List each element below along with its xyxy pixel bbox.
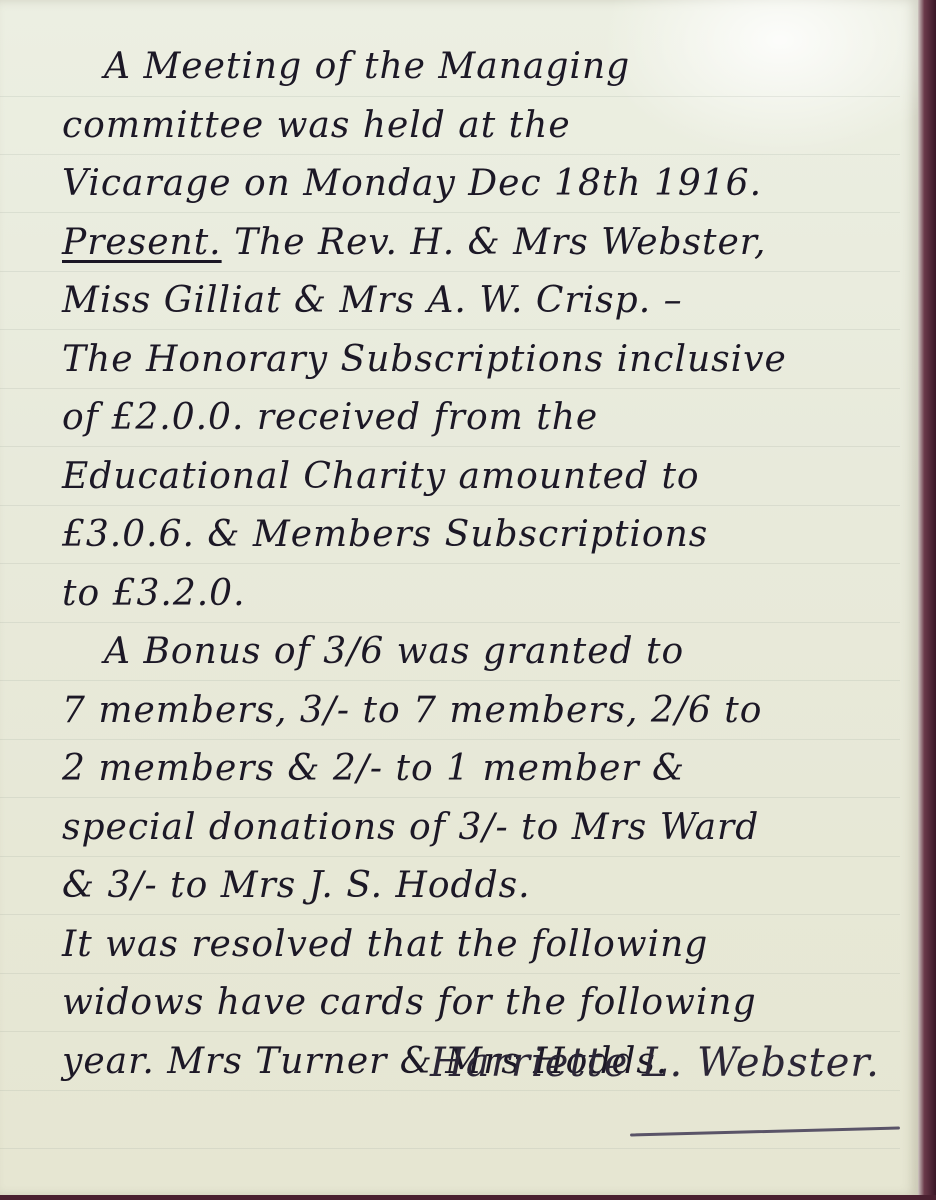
- minutes-line: special donations of 3/- to Mrs Ward: [62, 799, 902, 858]
- notebook-page: A Meeting of the Managing committee was …: [0, 0, 918, 1196]
- minutes-line: to £3.2.0.: [62, 565, 902, 624]
- minutes-line: Miss Gilliat & Mrs A. W. Crisp. –: [62, 272, 902, 331]
- minutes-line: The Honorary Subscriptions inclusive: [62, 331, 902, 390]
- minutes-line: & 3/- to Mrs J. S. Hodds.: [62, 857, 902, 916]
- signature: Harriette L. Webster.: [430, 1040, 880, 1086]
- minutes-line: A Meeting of the Managing: [62, 38, 902, 97]
- minutes-line: 2 members & 2/- to 1 member &: [62, 740, 902, 799]
- ruled-line: [0, 1148, 900, 1149]
- minutes-text: A Meeting of the Managing committee was …: [62, 38, 902, 1091]
- minutes-line: of £2.0.0. received from the: [62, 389, 902, 448]
- minutes-line: Educational Charity amounted to: [62, 448, 902, 507]
- closing-rule: [630, 1126, 900, 1136]
- minutes-line: committee was held at the: [62, 97, 902, 156]
- minutes-line: 7 members, 3/- to 7 members, 2/6 to: [62, 682, 902, 741]
- present-label: Present.: [62, 222, 222, 263]
- minutes-line: It was resolved that the following: [62, 916, 902, 975]
- minutes-line: £3.0.6. & Members Subscriptions: [62, 506, 902, 565]
- minutes-line-present: Present. The Rev. H. & Mrs Webster,: [62, 214, 902, 273]
- book-cover-edge: [0, 1195, 936, 1200]
- minutes-line: Vicarage on Monday Dec 18th 1916.: [62, 155, 902, 214]
- book-binding-edge: [918, 0, 936, 1200]
- present-names: The Rev. H. & Mrs Webster,: [222, 222, 767, 263]
- minutes-line: A Bonus of 3/6 was granted to: [62, 623, 902, 682]
- minutes-line: widows have cards for the following: [62, 974, 902, 1033]
